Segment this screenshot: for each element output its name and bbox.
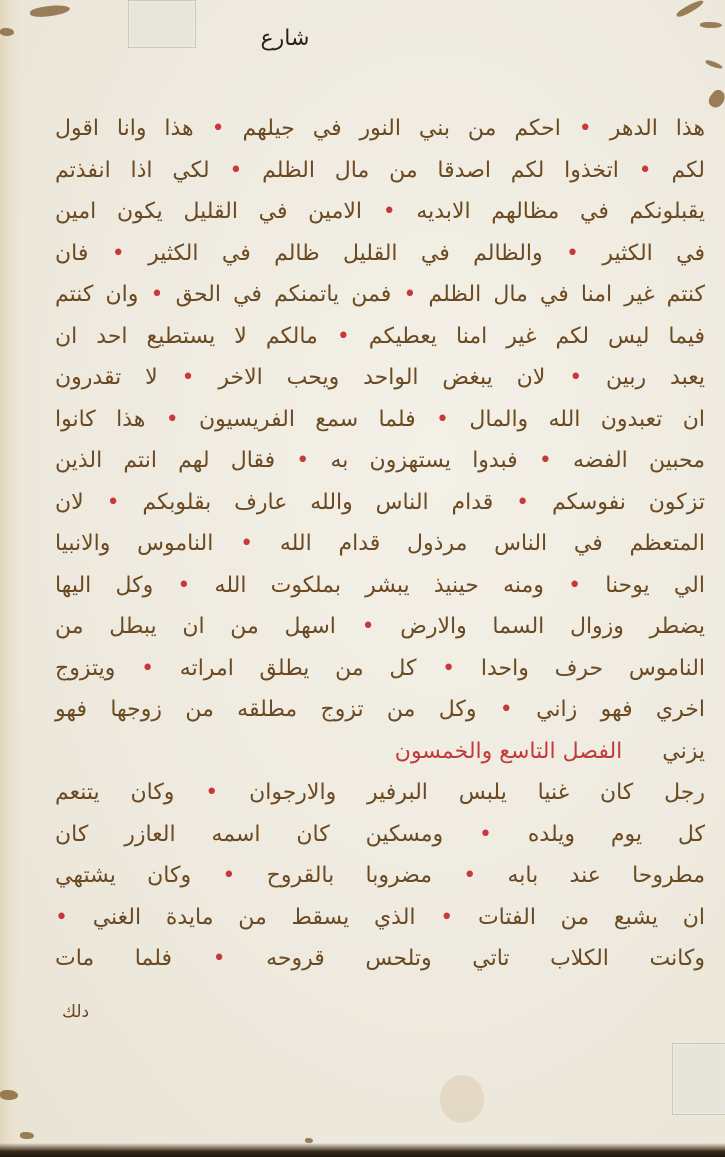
edge-damage bbox=[675, 0, 704, 19]
text-line: ان تعبدون الله والمال • فلما سمع الفريسي… bbox=[55, 399, 705, 441]
text-line: تزكون نفوسكم • قدام الناس والله عارف بقل… bbox=[55, 482, 705, 524]
section-heading: الفصل التاسع والخمسون bbox=[395, 731, 622, 773]
edge-damage bbox=[700, 22, 722, 28]
text-line: كنتم غير امنا في مال الظلم • فمن ياتمنكم… bbox=[55, 274, 705, 316]
text-line: يضطر وزوال السما والارض • اسهل من ان يبط… bbox=[55, 606, 705, 648]
rubric-mark: • bbox=[639, 158, 652, 183]
rubric-mark: • bbox=[579, 116, 592, 141]
rubric-mark: • bbox=[436, 407, 449, 432]
rubric-mark: • bbox=[229, 158, 242, 183]
text-line: يعبد ربين • لان يبغض الواحد ويحب الاخر •… bbox=[55, 357, 705, 399]
rubric-mark: • bbox=[213, 946, 226, 971]
rubric-mark: • bbox=[55, 905, 68, 930]
text-line: في الكثير • والظالم في القليل ظالم في ال… bbox=[55, 233, 705, 275]
rubric-mark: • bbox=[442, 656, 455, 681]
catchword: دلك bbox=[62, 1002, 89, 1022]
header-title: شارع bbox=[250, 26, 320, 51]
paper-stain bbox=[440, 1075, 484, 1123]
page-bottom-edge bbox=[0, 1143, 725, 1157]
rubric-mark: • bbox=[463, 863, 476, 888]
manuscript-text: هذا الدهر • احكم من بني النور في جيلهم •… bbox=[55, 108, 705, 980]
rubric-mark: • bbox=[569, 365, 582, 390]
section-heading-line: يزني الفصل التاسع والخمسون bbox=[55, 731, 705, 773]
rubric-mark: • bbox=[403, 282, 416, 307]
rubric-mark: • bbox=[516, 490, 529, 515]
rubric-mark: • bbox=[177, 573, 190, 598]
rubric-mark: • bbox=[383, 199, 396, 224]
text-line-end-word: يزني bbox=[662, 731, 705, 773]
rubric-mark: • bbox=[222, 863, 235, 888]
text-line: الناموس حرف واحدا • كل من يطلق امراته • … bbox=[55, 648, 705, 690]
text-line: الي يوحنا • ومنه حينيذ يبشر بملكوت الله … bbox=[55, 565, 705, 607]
text-line: المتعظم في الناس مرذول قدام الله • النام… bbox=[55, 523, 705, 565]
rubric-mark: • bbox=[566, 241, 579, 266]
edge-damage bbox=[706, 88, 725, 111]
rubric-mark: • bbox=[166, 407, 179, 432]
edge-damage bbox=[29, 3, 70, 18]
rubric-mark: • bbox=[151, 282, 164, 307]
repair-tape-top bbox=[128, 0, 196, 48]
edge-damage bbox=[305, 1138, 313, 1143]
rubric-mark: • bbox=[240, 531, 253, 556]
manuscript-page: شارع هذا الدهر • احكم من بني النور في جي… bbox=[0, 0, 725, 1157]
rubric-mark: • bbox=[337, 324, 350, 349]
rubric-mark: • bbox=[539, 448, 552, 473]
rubric-mark: • bbox=[500, 697, 513, 722]
rubric-mark: • bbox=[112, 241, 125, 266]
rubric-mark: • bbox=[440, 905, 453, 930]
edge-damage bbox=[705, 59, 724, 70]
rubric-mark: • bbox=[212, 116, 225, 141]
rubric-mark: • bbox=[107, 490, 120, 515]
text-line: لكم • اتخذوا لكم اصدقا من مال الظلم • لك… bbox=[55, 150, 705, 192]
page-gutter-shadow bbox=[0, 0, 22, 1157]
text-line: مطروحا عند بابه • مضروبا بالقروح • وكان … bbox=[55, 855, 705, 897]
rubric-mark: • bbox=[205, 780, 218, 805]
edge-damage bbox=[0, 28, 14, 36]
rubric-mark: • bbox=[182, 365, 195, 390]
text-line: محبين الفضه • فبدوا يستهزون به • فقال له… bbox=[55, 440, 705, 482]
text-line: اخري فهو زاني • وكل من تزوج مطلقه من زوج… bbox=[55, 689, 705, 731]
text-line: ان يشبع من الفتات • الذي يسقط من مايدة ا… bbox=[55, 897, 705, 939]
text-line: فيما ليس لكم غير امنا يعطيكم • مالكم لا … bbox=[55, 316, 705, 358]
text-line: كل يوم ويلده • ومسكين كان اسمه العازر كا… bbox=[55, 814, 705, 856]
text-line: يقبلونكم في مظالهم الابديه • الامين في ا… bbox=[55, 191, 705, 233]
rubric-mark: • bbox=[296, 448, 309, 473]
edge-damage bbox=[0, 1090, 18, 1100]
edge-damage bbox=[20, 1132, 34, 1139]
text-line: رجل كان غنيا يلبس البرفير والارجوان • وك… bbox=[55, 772, 705, 814]
repair-tape-bottom bbox=[672, 1043, 725, 1115]
text-line: هذا الدهر • احكم من بني النور في جيلهم •… bbox=[55, 108, 705, 150]
rubric-mark: • bbox=[568, 573, 581, 598]
rubric-mark: • bbox=[362, 614, 375, 639]
text-line: وكانت الكلاب تاتي وتلحس قروحه • فلما مات bbox=[55, 938, 705, 980]
rubric-mark: • bbox=[141, 656, 154, 681]
rubric-mark: • bbox=[479, 822, 492, 847]
